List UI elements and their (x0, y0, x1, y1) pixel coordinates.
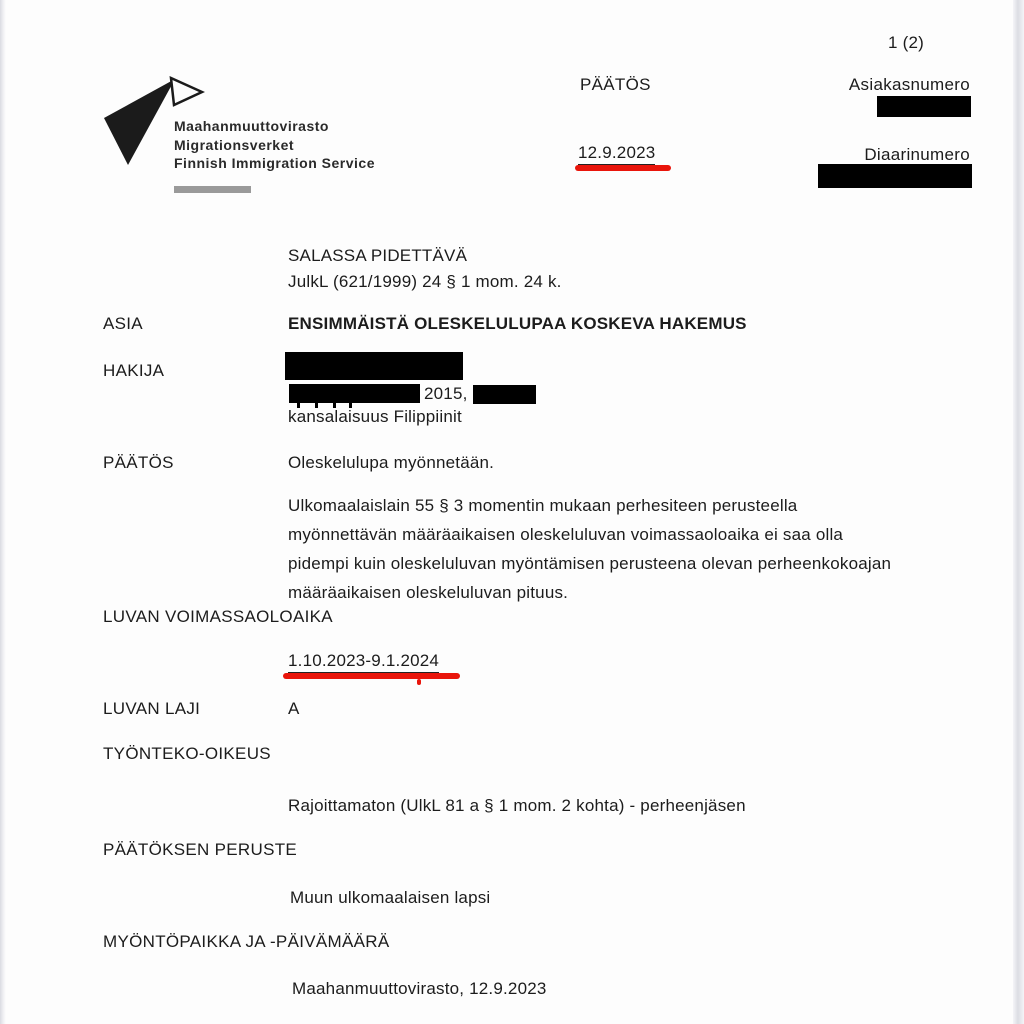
logo-wordmark: Maahanmuuttovirasto Migrationsverket Fin… (174, 117, 375, 173)
section-label-paatoksen-peruste: PÄÄTÖKSEN PERUSTE (103, 840, 297, 859)
issue-place-date-value: Maahanmuuttovirasto, 12.9.2023 (292, 979, 547, 998)
applicant-nationality: kansalaisuus Filippiinit (288, 407, 462, 426)
doc-type-heading: PÄÄTÖS (580, 75, 651, 94)
law-paragraph-line: pidempi kuin oleskeluluvan myöntämisen p… (288, 549, 891, 578)
decision-document-page: 1 (2) Maahanmuuttovirasto Migrationsverk… (0, 0, 1024, 1024)
law-paragraph-line: myönnettävän määräaikaisen oleskeluluvan… (288, 520, 843, 549)
permit-type-value: A (288, 699, 300, 718)
section-label-paatos: PÄÄTÖS (103, 453, 174, 472)
logo-gray-bar (174, 186, 251, 193)
confidentiality-line1: SALASSA PIDETTÄVÄ (288, 246, 467, 265)
section-label-myontopaikka: MYÖNTÖPAIKKA JA -PÄIVÄMÄÄRÄ (103, 932, 389, 951)
redaction-birthdate (289, 384, 420, 403)
confidentiality-line2: JulkL (621/1999) 24 § 1 mom. 24 k. (288, 272, 562, 291)
law-paragraph-line: määräaikaisen oleskeluluvan pituus. (288, 578, 568, 607)
page-edge-right (1013, 0, 1024, 1024)
logo-name-finnish: Maahanmuuttovirasto (174, 117, 375, 136)
customer-number-label: Asiakasnumero (849, 75, 970, 94)
red-underline-decision-date (575, 165, 671, 171)
redaction-diary-number (818, 164, 972, 188)
redaction-applicant-name (285, 352, 463, 380)
paatos-value: Oleskelulupa myönnetään. (288, 453, 494, 472)
redaction-customer-number (877, 96, 971, 117)
law-paragraph-line: Ulkomaalaislain 55 § 3 momentin mukaan p… (288, 491, 797, 520)
permit-validity-dates: 1.10.2023-9.1.2024 (288, 651, 439, 670)
page-edge-left (0, 0, 6, 1024)
asia-value: ENSIMMÄISTÄ OLESKELULUPAA KOSKEVA HAKEMU… (288, 314, 747, 333)
diary-number-label: Diaarinumero (864, 145, 970, 164)
section-label-voimassaoloaika: LUVAN VOIMASSAOLOAIKA (103, 607, 333, 626)
red-underline-validity-dates (283, 673, 460, 679)
logo-name-swedish: Migrationsverket (174, 136, 375, 155)
decision-date: 12.9.2023 (578, 143, 655, 162)
section-label-asia: ASIA (103, 314, 143, 333)
section-label-hakija: HAKIJA (103, 361, 164, 380)
section-label-luvan-laji: LUVAN LAJI (103, 699, 200, 718)
red-underline-tick (417, 679, 421, 685)
applicant-birth-year: 2015, (424, 384, 468, 403)
work-right-value: Rajoittamaton (UlkL 81 a § 1 mom. 2 koht… (288, 796, 746, 815)
page-number: 1 (2) (888, 33, 924, 52)
redaction-birthplace (473, 385, 536, 404)
logo-name-english: Finnish Immigration Service (174, 154, 375, 173)
decision-basis-value: Muun ulkomaalaisen lapsi (290, 888, 490, 907)
section-label-tyonteko-oikeus: TYÖNTEKO-OIKEUS (103, 744, 271, 763)
